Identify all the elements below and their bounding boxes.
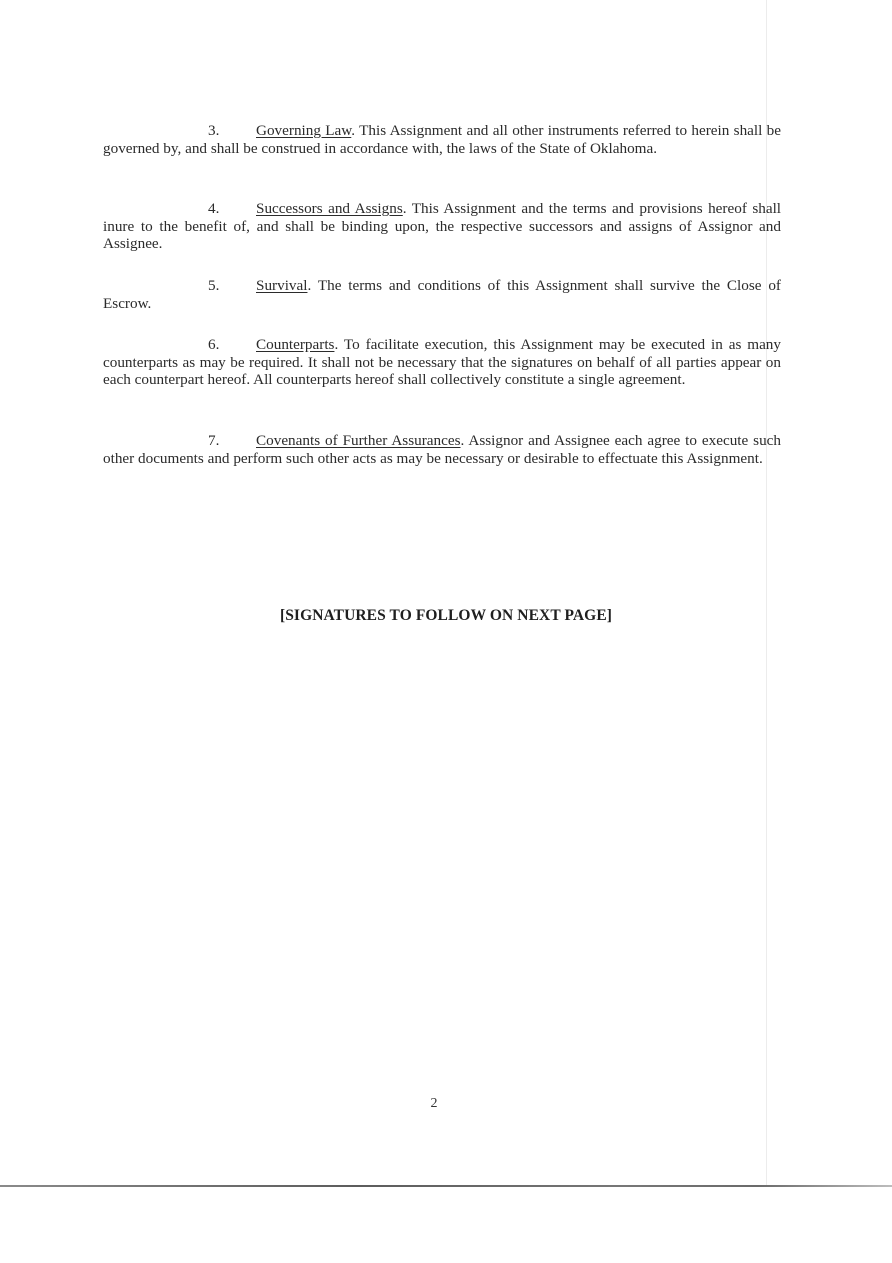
section-further-assurances: 7.Covenants of Further Assurances. Assig…	[103, 432, 781, 467]
section-number: 7.	[208, 432, 256, 450]
section-heading: Governing Law	[256, 122, 351, 139]
section-body: . The terms and conditions of this Assig…	[103, 277, 781, 312]
section-number: 4.	[208, 200, 256, 218]
section-heading: Survival	[256, 277, 307, 294]
section-body: . This Assignment and all other instrume…	[103, 122, 781, 157]
signatures-notice: [SIGNATURES TO FOLLOW ON NEXT PAGE]	[0, 607, 892, 625]
section-survival: 5.Survival. The terms and conditions of …	[103, 277, 781, 312]
section-body: . To facilitate execution, this Assignme…	[103, 336, 781, 388]
section-counterparts: 6.Counterparts. To facilitate execution,…	[103, 336, 781, 389]
section-heading: Counterparts	[256, 336, 334, 353]
section-heading: Successors and Assigns	[256, 200, 403, 217]
section-body: . This Assignment and the terms and prov…	[103, 200, 781, 252]
section-number: 3.	[208, 122, 256, 140]
section-governing-law: 3.Governing Law. This Assignment and all…	[103, 122, 781, 157]
page-number: 2	[0, 1096, 868, 1112]
document-page: 3.Governing Law. This Assignment and all…	[0, 0, 892, 1263]
page-bottom-rule	[0, 1185, 892, 1187]
section-number: 5.	[208, 277, 256, 295]
section-number: 6.	[208, 336, 256, 354]
scan-artifact-line	[766, 0, 767, 1185]
section-heading: Covenants of Further Assurances	[256, 432, 461, 449]
section-successors-and-assigns: 4.Successors and Assigns. This Assignmen…	[103, 200, 781, 253]
